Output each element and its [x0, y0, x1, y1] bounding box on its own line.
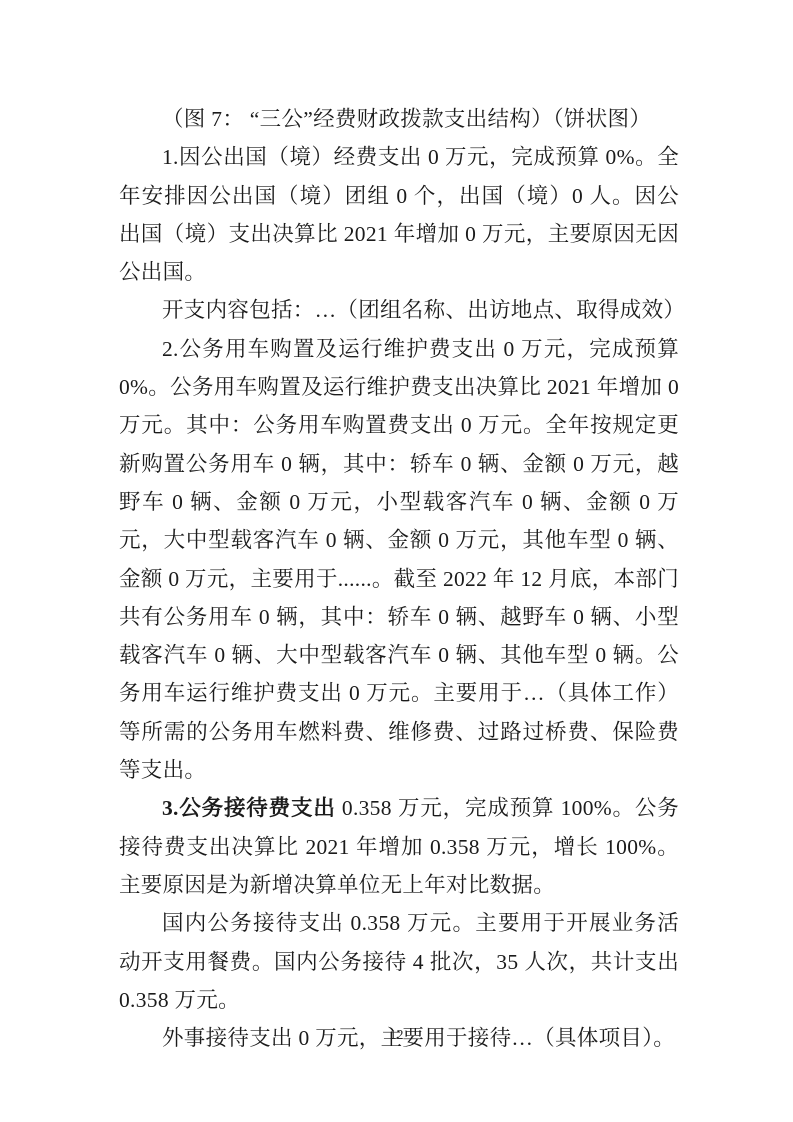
paragraph-reception-expense: 3.公务接待费支出 0.358 万元，完成预算 100%。公务接待费支出决算比 … [119, 789, 679, 904]
paragraph-expense-content-note: 开支内容包括：…（团组名称、出访地点、取得成效） [119, 291, 679, 329]
reception-expense-heading: 3.公务接待费支出 [162, 796, 336, 820]
document-body: （图 7： “三公”经费财政拨款支出结构）（饼状图） 1.因公出国（境）经费支出… [119, 100, 679, 1057]
paragraph-vehicle-expense: 2.公务用车购置及运行维护费支出 0 万元，完成预算 0%。公务用车购置及运行维… [119, 330, 679, 790]
figure-caption: （图 7： “三公”经费财政拨款支出结构）（饼状图） [119, 100, 679, 138]
document-page: （图 7： “三公”经费财政拨款支出结构）（饼状图） 1.因公出国（境）经费支出… [0, 0, 793, 1122]
page-number: 12 [0, 1026, 793, 1046]
paragraph-abroad-expense: 1.因公出国（境）经费支出 0 万元，完成预算 0%。全年安排因公出国（境）团组… [119, 138, 679, 291]
paragraph-domestic-reception: 国内公务接待支出 0.358 万元。主要用于开展业务活动开支用餐费。国内公务接待… [119, 904, 679, 1019]
